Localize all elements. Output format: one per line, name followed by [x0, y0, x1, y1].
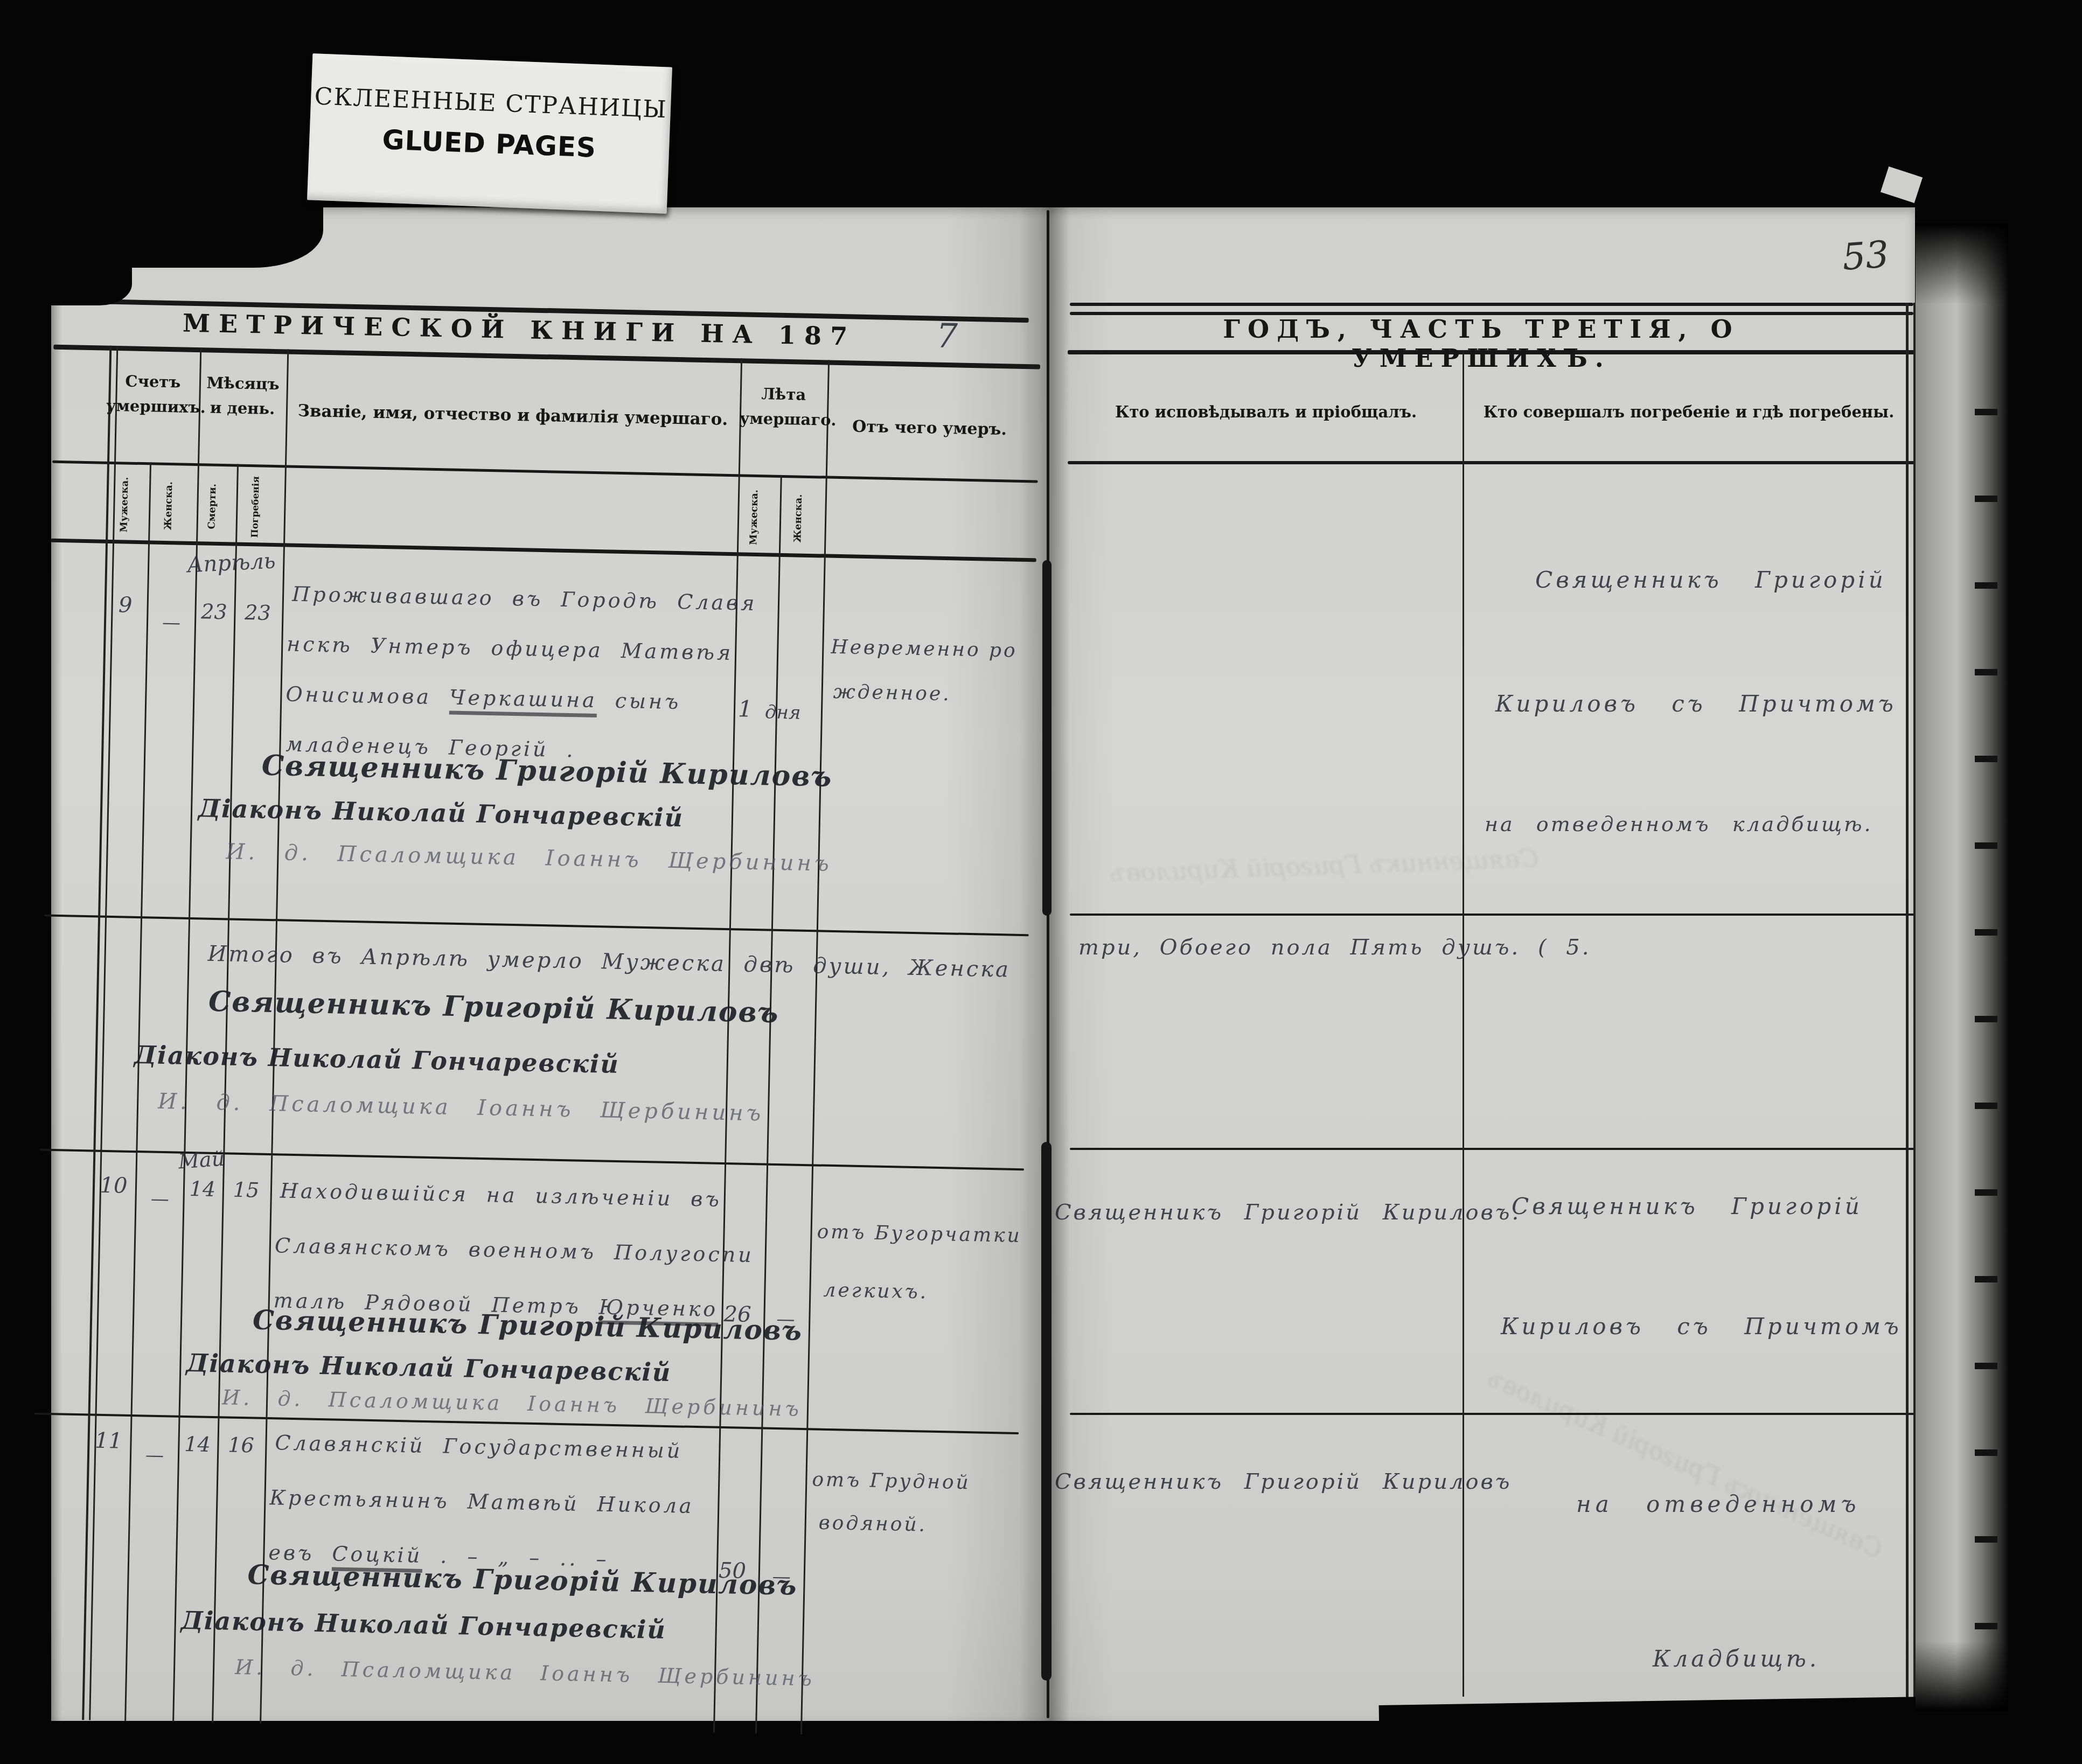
entry11-burial-day: 16 — [218, 1433, 264, 1458]
subhead-age-female: Женска. — [792, 479, 812, 558]
entry10-burial-line1: Священникъ Григорій — [1512, 1193, 1863, 1219]
entry9-burial-day: 23 — [235, 601, 281, 625]
col-head-count-line2: умершихъ. — [106, 393, 199, 420]
left-page: МЕТРИЧЕСКОЙ КНИГИ НА 187 7 Счетъ умерших… — [23, 291, 1045, 1740]
subhead-count-male: Мужеска. — [118, 465, 138, 545]
entry10-deacon-signature: Діаконъ Николай Гончаревскій — [186, 1348, 672, 1387]
entry11-cause-line1: отъ Грудной — [812, 1468, 971, 1494]
divider — [44, 915, 1029, 937]
page-corner-shadow — [51, 207, 132, 305]
glued-pages-card: СКЛЕЕННЫЕ СТРАНИЦЫ GLUED PAGES — [307, 53, 672, 213]
col-head-age: Лѣта умершаго. — [739, 381, 827, 432]
entry9-death-day: 23 — [196, 599, 232, 624]
glued-pages-label-english: GLUED PAGES — [309, 121, 670, 166]
bookmark-corner — [1881, 166, 1923, 203]
entry9-name-line3a: Онисимова — [286, 682, 449, 709]
entry11-psalmist-signature: И. д. Псаломщика Іоаннъ Щербининъ — [235, 1655, 816, 1691]
entry9-surname-underlined: Черкашина — [449, 686, 597, 718]
entry9-number-male: 9 — [105, 592, 145, 618]
table-border — [1906, 303, 1909, 1699]
gutter-ink-blot — [1042, 560, 1052, 916]
entry11-name-line1: Славянскій Государственный — [275, 1431, 683, 1462]
entry10-confession: Священникъ Григорій Кириловъ. — [1055, 1200, 1521, 1225]
column-line — [713, 358, 742, 1733]
entry9-name-line3: Онисимова Черкашина сынъ — [286, 682, 681, 714]
col-head-month-line2: и день. — [199, 395, 287, 421]
total-psalmist-signature: И. д. Псаломщика Іоаннъ Щербининъ — [158, 1089, 764, 1126]
entry10-number-male: 10 — [94, 1173, 134, 1198]
entry9-priest-signature: Священникъ Григорій Кириловъ — [261, 749, 833, 793]
divider — [52, 461, 1038, 483]
book-fore-edge — [1916, 224, 2008, 1711]
entry10-priest-signature: Священникъ Григорій Кириловъ — [253, 1303, 803, 1346]
subhead-age-male: Мужеска. — [748, 478, 768, 557]
column-line — [1463, 350, 1464, 1697]
table-border — [89, 346, 118, 1720]
bleed-through-mark: Священникъ Григорій Кириловъ — [1483, 1363, 1886, 1564]
april-total-right: три, Обоего пола Пять душъ. ( 5. — [1078, 935, 1591, 960]
entry9-number-female: — — [150, 611, 193, 634]
subcolumn-line — [124, 462, 151, 1721]
entry9-name-line2: нскѣ Унтеръ офицера Матвѣя — [287, 632, 734, 665]
entry11-confession: Священникъ Григорій Кириловъ — [1055, 1469, 1512, 1494]
glued-pages-label-russian: СКЛЕЕННЫЕ СТРАНИЦЫ — [310, 82, 671, 124]
entry10-burial-line2: Кириловъ съ Причтомъ — [1501, 1313, 1902, 1340]
entry9-age-unit: дня — [765, 701, 801, 723]
scanned-metrical-book-photo: МЕТРИЧЕСКОЙ КНИГИ НА 187 7 Счетъ умерших… — [0, 0, 2082, 1764]
april-total-left: Итого въ Апрѣлѣ умерло Мужеска двѣ души,… — [207, 942, 1011, 982]
entry9-cause-line1: Невременно ро — [831, 636, 1018, 662]
right-page: ГОДЪ, ЧАСТЬ ТРЕТІЯ, О УМЕРШИХЪ. Кто испо… — [1050, 291, 1918, 1724]
entry10-number-female: — — [138, 1188, 181, 1210]
entry9-cause-line2: жденное. — [833, 681, 951, 705]
entry9-psalmist-signature: И. д. Псаломщика Іоаннъ Щербининъ — [226, 839, 832, 876]
entry9-month: Апрѣль — [186, 548, 276, 577]
col-head-count: Счетъ умершихъ. — [106, 368, 200, 420]
entry9-burial-line1: Священникъ Григорій — [1535, 567, 1886, 593]
col-head-name: Званіе, имя, отчество и фамилія умершаго… — [291, 401, 735, 429]
folio-number: 53 — [1841, 233, 1890, 279]
entry11-burial-line2: Кладбищѣ. — [1653, 1646, 1820, 1672]
bleed-through-mark: Священникъ Григорій Кириловъ — [1109, 843, 1539, 888]
entry11-cause-line2: водяной. — [818, 1512, 927, 1536]
entry10-name-line2: Славянскомъ военномъ Полугоспи — [274, 1233, 754, 1267]
col-head-age-line1: Лѣта — [740, 381, 827, 407]
total-deacon-signature: Діаконъ Николай Гончаревскій — [134, 1040, 619, 1079]
gutter-ink-blot — [1041, 1142, 1052, 1681]
col-head-confession: Кто исповѣдывалъ и пріобщалъ. — [1083, 403, 1449, 421]
col-head-month: Мѣсяцъ и день. — [199, 370, 287, 421]
entry10-cause-line2: легкихъ. — [823, 1279, 929, 1303]
entry9-burial-line2: Кириловъ съ Причтомъ — [1495, 691, 1897, 717]
entry10-name-line1: Находившійся на излѣченіи въ — [280, 1179, 722, 1211]
table-border — [82, 346, 112, 1720]
divider — [1070, 914, 1916, 916]
divider — [1070, 303, 1913, 306]
divider — [1070, 1413, 1916, 1415]
right-page-title: ГОДЪ, ЧАСТЬ ТРЕТІЯ, О УМЕРШИХЪ. — [1099, 315, 1864, 373]
subhead-count-female: Женска. — [162, 466, 182, 546]
entry9-burial-line3: на отведенномъ кладбищѣ. — [1485, 812, 1873, 836]
entry11-burial-line1: на отведенномъ — [1576, 1491, 1860, 1517]
entry11-number-male: 11 — [88, 1428, 129, 1453]
col-head-cause: Отъ чего умеръ. — [830, 417, 1029, 440]
col-head-count-line1: Счетъ — [107, 368, 200, 395]
entry10-month: Май — [178, 1147, 226, 1174]
col-head-month-line1: Мѣсяцъ — [199, 370, 287, 396]
subhead-burial: Погребенія — [249, 465, 269, 549]
entry11-deacon-signature: Діаконъ Николай Гончаревскій — [180, 1606, 666, 1644]
entry10-psalmist-signature: И. д. Псаломщика Іоаннъ Щербининъ — [222, 1385, 803, 1421]
entry10-death-day: 14 — [185, 1177, 221, 1201]
entry11-name-line2: Крестьянинъ Матвѣй Никола — [269, 1486, 694, 1518]
title-year-handwritten: 7 — [936, 316, 958, 356]
divider — [1068, 461, 1916, 464]
col-head-age-line2: умершаго. — [739, 406, 827, 432]
entry10-burial-day: 15 — [224, 1177, 269, 1202]
subhead-death: Смерти. — [206, 467, 226, 546]
entry10-cause-line1: отъ Бугорчатки — [817, 1221, 1022, 1247]
entry9-age: 1 — [738, 695, 753, 722]
divider — [1070, 1148, 1916, 1150]
entry9-deacon-signature: Діаконъ Николай Гончаревскій — [198, 793, 684, 832]
entry11-number-female: — — [134, 1444, 176, 1467]
entry11-death-day: 14 — [179, 1432, 215, 1456]
divider — [34, 1412, 1019, 1434]
col-head-burial-officiant: Кто совершалъ погребеніе и гдѣ погребены… — [1476, 403, 1902, 421]
entry9-name-line3b: сынъ — [597, 688, 681, 714]
entry11-priest-signature: Священникъ Григорій Кириловъ — [247, 1558, 798, 1601]
total-priest-signature: Священникъ Григорій Кириловъ — [208, 985, 779, 1029]
entry9-name-line1: Проживавшаго въ Городѣ Славя — [292, 582, 757, 615]
